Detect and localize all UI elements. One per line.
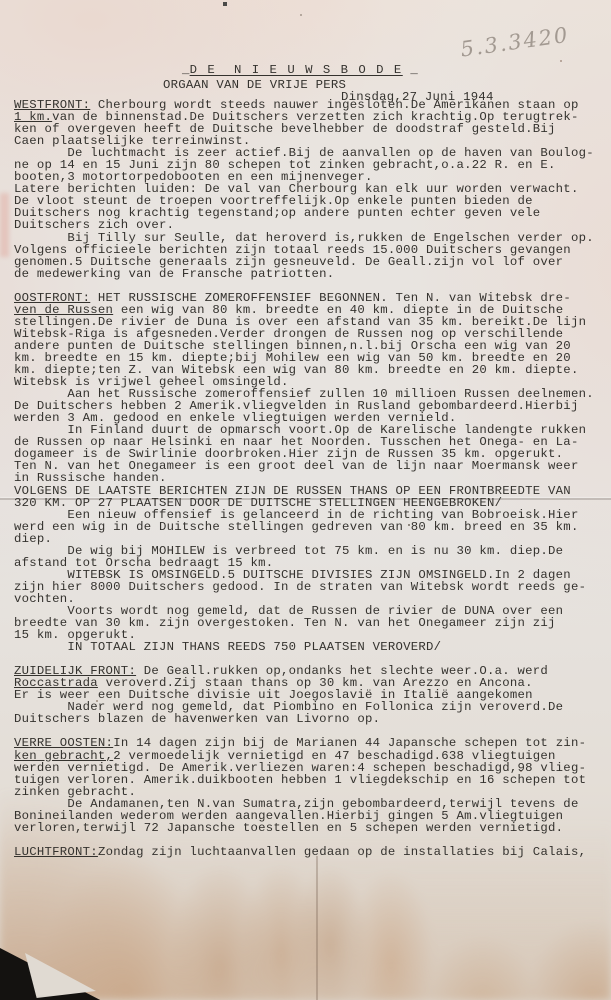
document-line: de medewerking van de Fransche patriotte… — [14, 268, 608, 280]
scanned-document: _D E N I E U W S B O D E _ ORGAAN VAN DE… — [0, 0, 611, 1000]
document-line: werd een wig in de Duitsche stellingen g… — [14, 521, 608, 533]
title-text: D E N I E U W S B O D E — [190, 63, 403, 77]
document-line: verloren,terwijl 72 Japansche toestellen… — [14, 822, 608, 834]
masthead-subtitle: ORGAAN VAN DE VRIJE PERS — [163, 78, 346, 92]
document-line: Duitschers blazen de havenwerken van Liv… — [14, 713, 608, 725]
document-line: LUCHTFRONT:Zondag zijn luchtaanvallen ge… — [14, 846, 608, 858]
typewritten-text-layer: _D E N I E U W S B O D E _ ORGAAN VAN DE… — [0, 0, 611, 1000]
document-line: zijn hier 8000 Duitschers gedood. In de … — [14, 581, 608, 593]
document-line: IN TOTAAL ZIJN THANS REEDS 750 PLAATSEN … — [14, 641, 608, 653]
title-underscore-prefix: _ — [182, 63, 190, 77]
title-underscore-suffix: _ — [403, 63, 418, 77]
document-body: WESTFRONT: Cherbourg wordt steeds nauwer… — [14, 99, 608, 858]
masthead-title: _D E N I E U W S B O D E _ — [182, 63, 418, 77]
